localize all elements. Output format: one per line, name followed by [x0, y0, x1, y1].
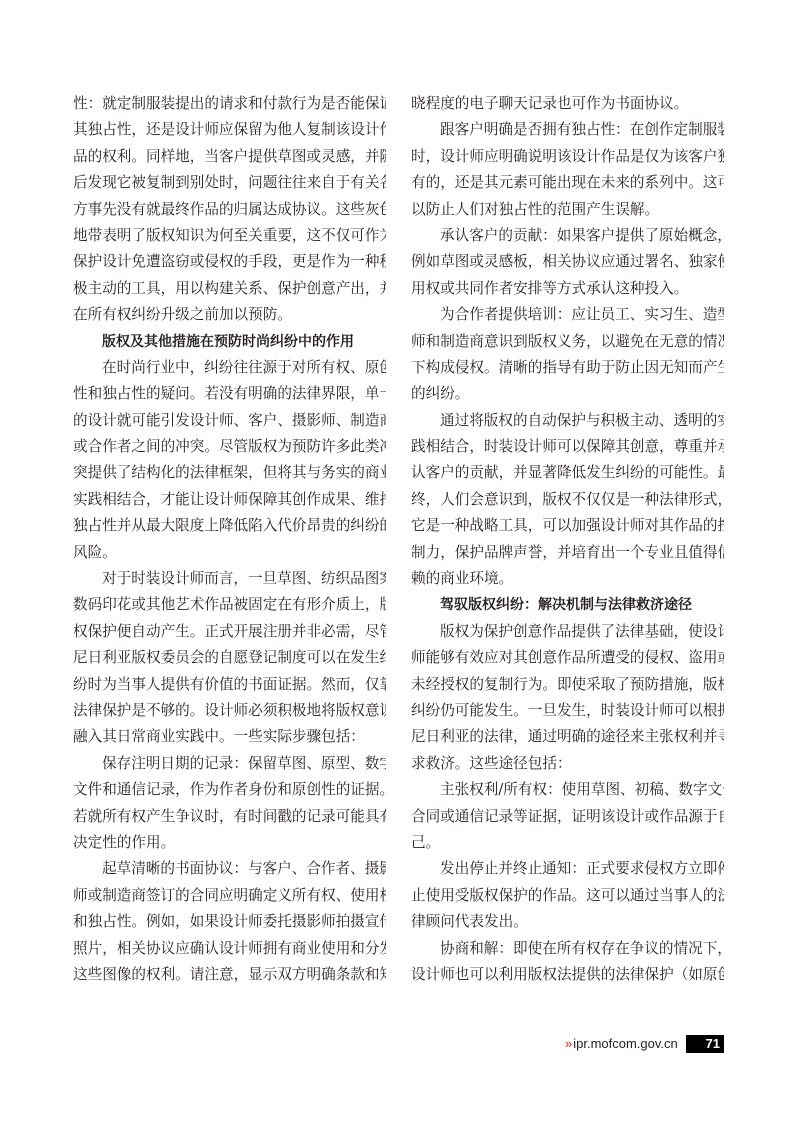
footer-website: »ipr.mofcom.gov.cn: [565, 1036, 678, 1051]
text-line: 极主动的工具，用以构建关系、保护创意产出，并: [73, 276, 386, 302]
page-number: 71: [686, 1035, 724, 1053]
text-line: 未经授权的复制行为。即使采取了预防措施，版权: [411, 672, 724, 698]
text-line: 性：就定制服装提出的请求和付款行为是否能保证: [73, 91, 386, 117]
section-heading: 驾驭版权纠纷：解决机制与法律救济途径: [411, 592, 724, 618]
text-line: 融入其日常商业实践中。一些实际步骤包括：: [73, 724, 386, 750]
text-line: 纷时为当事人提供有价值的书面证据。然而，仅靠: [73, 672, 386, 698]
text-line: 对于时装设计师而言，一旦草图、纺织品图案、: [73, 566, 386, 592]
text-line: 用权或共同作者安排等方式承认这种投入。: [411, 276, 724, 302]
text-line: 己。: [411, 830, 724, 856]
text-line: 终，人们会意识到，版权不仅仅是一种法律形式，: [411, 487, 724, 513]
text-line: 求救济。这些途径包括：: [411, 751, 724, 777]
text-line: 认客户的贡献，并显著降低发生纠纷的可能性。最: [411, 460, 724, 486]
text-line: 制力，保护品牌声誉，并培育出一个专业且值得信: [411, 540, 724, 566]
text-line: 尼日利亚的法律，通过明确的途径来主张权利并寻: [411, 724, 724, 750]
text-line: 决定性的作用。: [73, 830, 386, 856]
text-line: 和独占性。例如，如果设计师委托摄影师拍摄宣传: [73, 909, 386, 935]
text-line: 版权为保护创意作品提供了法律基础，使设计: [411, 619, 724, 645]
text-line: 发出停止并终止通知：正式要求侵权方立即停: [411, 856, 724, 882]
left-column: 性：就定制服装提出的请求和付款行为是否能保证其独占性，还是设计师应保留为他人复制…: [73, 91, 386, 988]
text-line: 后发现它被复制到别处时，问题往往来自于有关各: [73, 170, 386, 196]
text-line: 赖的商业环境。: [411, 566, 724, 592]
text-line: 独占性并从最大限度上降低陷入代价昂贵的纠纷的: [73, 513, 386, 539]
text-line: 有的，还是其元素可能出现在未来的系列中。这可: [411, 170, 724, 196]
text-line: 纠纷仍可能发生。一旦发生，时装设计师可以根据: [411, 698, 724, 724]
text-line: 权保护便自动产生。正式开展注册并非必需，尽管: [73, 619, 386, 645]
text-line: 师或制造商签订的合同应明确定义所有权、使用权: [73, 883, 386, 909]
text-line: 师能够有效应对其创意作品所遭受的侵权、盗用或: [411, 645, 724, 671]
text-line: 协商和解：即使在所有权存在争议的情况下，: [411, 936, 724, 962]
text-line: 止使用受版权保护的作品。这可以通过当事人的法: [411, 883, 724, 909]
text-line: 尼日利亚版权委员会的自愿登记制度可以在发生纠: [73, 645, 386, 671]
text-line: 突提供了结构化的法律框架，但将其与务实的商业: [73, 460, 386, 486]
document-page: 性：就定制服装提出的请求和付款行为是否能保证其独占性，还是设计师应保留为他人复制…: [0, 0, 794, 1123]
text-line: 文件和通信记录，作为作者身份和原创性的证据。: [73, 777, 386, 803]
text-line: 合同或通信记录等证据，证明该设计或作品源于自: [411, 804, 724, 830]
double-chevron-right-icon: »: [565, 1036, 570, 1051]
text-line: 的设计就可能引发设计师、客户、摄影师、制造商: [73, 408, 386, 434]
text-line: 承认客户的贡献：如果客户提供了原始概念，: [411, 223, 724, 249]
text-line: 下构成侵权。清晰的指导有助于防止因无知而产生: [411, 355, 724, 381]
text-line: 律顾问代表发出。: [411, 909, 724, 935]
section-heading: 版权及其他措施在预防时尚纠纷中的作用: [73, 329, 386, 355]
text-line: 例如草图或灵感板，相关协议应通过署名、独家使: [411, 249, 724, 275]
text-line: 主张权利/所有权：使用草图、初稿、数字文件、: [411, 777, 724, 803]
text-line: 保存注明日期的记录：保留草图、原型、数字: [73, 751, 386, 777]
text-line: 在时尚行业中，纠纷往往源于对所有权、原创: [73, 355, 386, 381]
text-line: 实践相结合，才能让设计师保障其创作成果、维持: [73, 487, 386, 513]
text-line: 的纠纷。: [411, 381, 724, 407]
text-line: 时，设计师应明确说明该设计作品是仅为该客户独: [411, 144, 724, 170]
text-line: 或合作者之间的冲突。尽管版权为预防许多此类冲: [73, 434, 386, 460]
text-line: 品的权利。同样地，当客户提供草图或灵感，并随: [73, 144, 386, 170]
text-line: 在所有权纠纷升级之前加以预防。: [73, 302, 386, 328]
text-line: 法律保护是不够的。设计师必须积极地将版权意识: [73, 698, 386, 724]
text-line: 风险。: [73, 540, 386, 566]
text-line: 方事先没有就最终作品的归属达成协议。这些灰色: [73, 197, 386, 223]
text-line: 践相结合，时装设计师可以保障其创意，尊重并承: [411, 434, 724, 460]
text-line: 跟客户明确是否拥有独占性：在创作定制服装: [411, 117, 724, 143]
text-line: 保护设计免遭盗窃或侵权的手段，更是作为一种积: [73, 249, 386, 275]
text-line: 照片，相关协议应确认设计师拥有商业使用和分发: [73, 936, 386, 962]
text-line: 起草清晰的书面协议：与客户、合作者、摄影: [73, 856, 386, 882]
text-line: 若就所有权产生争议时，有时间戳的记录可能具有: [73, 804, 386, 830]
text-line: 设计师也可以利用版权法提供的法律保护（如原创: [411, 962, 724, 988]
text-line: 这些图像的权利。请注意，显示双方明确条款和知: [73, 962, 386, 988]
text-line: 晓程度的电子聊天记录也可作为书面协议。: [411, 91, 724, 117]
text-line: 通过将版权的自动保护与积极主动、透明的实: [411, 408, 724, 434]
website-url: ipr.mofcom.gov.cn: [573, 1036, 678, 1051]
text-line: 数码印花或其他艺术作品被固定在有形介质上，版: [73, 592, 386, 618]
text-line: 师和制造商意识到版权义务，以避免在无意的情况: [411, 329, 724, 355]
text-line: 以防止人们对独占性的范围产生误解。: [411, 197, 724, 223]
text-line: 其独占性，还是设计师应保留为他人复制该设计作: [73, 117, 386, 143]
text-line: 性和独占性的疑问。若没有明确的法律界限，单一: [73, 381, 386, 407]
text-line: 它是一种战略工具，可以加强设计师对其作品的控: [411, 513, 724, 539]
right-column: 晓程度的电子聊天记录也可作为书面协议。跟客户明确是否拥有独占性：在创作定制服装时…: [411, 91, 724, 988]
text-line: 地带表明了版权知识为何至关重要，这不仅可作为: [73, 223, 386, 249]
text-line: 为合作者提供培训：应让员工、实习生、造型: [411, 302, 724, 328]
